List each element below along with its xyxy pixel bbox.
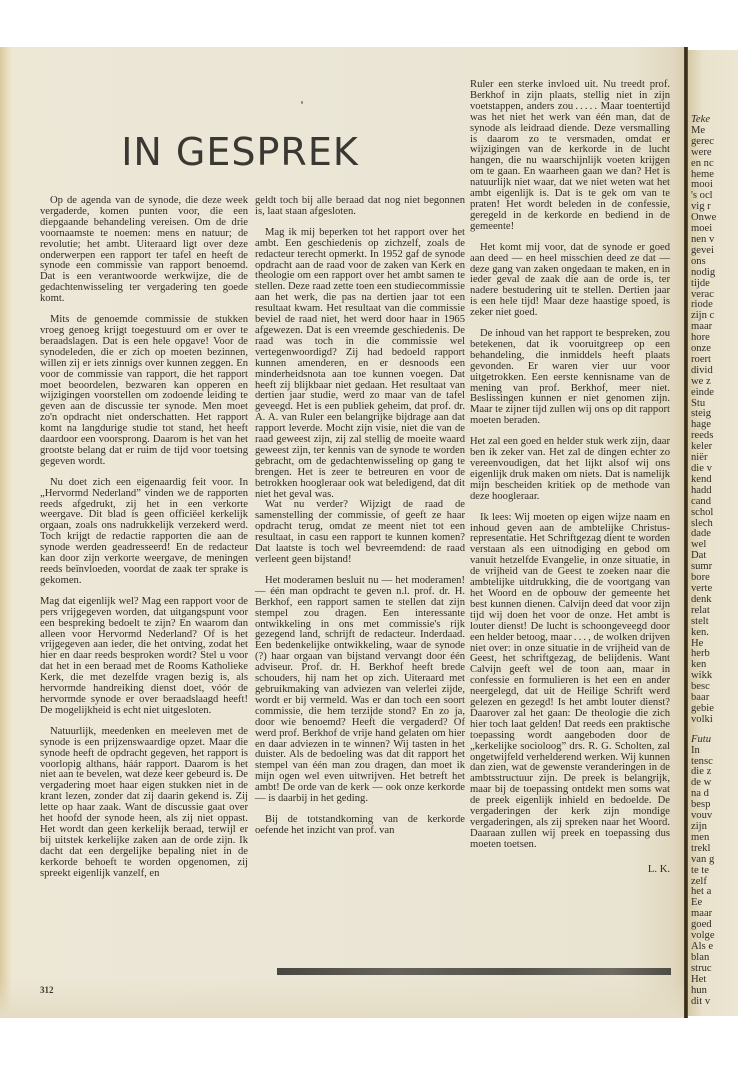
next-page-line: In — [688, 746, 738, 757]
next-page-line: dit v — [688, 997, 738, 1008]
paragraph: Nu doet zich een eigenaardig feit voor. … — [40, 478, 248, 587]
article-column-2: geldt toch bij alle beraad dat nog niet … — [255, 196, 465, 837]
paragraph: Op de agenda van de synode, die deze wee… — [40, 196, 248, 305]
author-signature: L. K. — [470, 865, 670, 876]
paragraph: Mag ik mij beperken tot het rapport over… — [255, 228, 465, 501]
next-page-line: nodig — [688, 268, 738, 279]
next-page-line: ken. — [688, 628, 738, 639]
paragraph: geldt toch bij alle beraad dat nog niet … — [255, 196, 465, 218]
next-page-line: tijde — [688, 279, 738, 290]
next-page-text-block: Megerecwereen nchememooi's oclvig rOnwem… — [688, 126, 738, 726]
next-page-line: en nc — [688, 159, 738, 170]
next-page-line: schol — [688, 508, 738, 519]
paragraph: Het zal een goed en helder stuk werk zij… — [470, 437, 670, 502]
next-page-line: van g — [688, 855, 738, 866]
next-page-line: volki — [688, 715, 738, 726]
next-page-line: einde — [688, 388, 738, 399]
paragraph: Wat nu verder? Wijzigt de raad de samens… — [255, 500, 465, 565]
paragraph: Mits de genoemde commissie de stukken vr… — [40, 315, 248, 468]
paragraph: Ik lees: Wij moeten op eigen wijze naam … — [470, 513, 670, 851]
next-page-line: hun — [688, 986, 738, 997]
paragraph: De inhoud van het rapport te bespreken, … — [470, 329, 670, 427]
page-number: 312 — [40, 985, 54, 995]
next-page-line: Het — [688, 975, 738, 986]
paragraph: Natuurlijk, meedenken en meeleven met de… — [40, 727, 248, 880]
section-divider-rule — [277, 968, 671, 975]
paragraph: Het moderamen besluit nu — het moderamen… — [255, 576, 465, 805]
next-page-line: te te — [688, 866, 738, 877]
paragraph: Bij de totstandkoming van de kerkorde oe… — [255, 815, 465, 837]
paragraph: Mag dat eigenlijk wel? Mag een rapport v… — [40, 597, 248, 717]
next-page-line: stelt — [688, 617, 738, 628]
article-column-3: Ruler een sterke invloed uit. Nu treedt … — [470, 80, 670, 876]
next-page-line: cand — [688, 497, 738, 508]
next-page-text-block: Intenscdie zde wna dbespvouvzijnmentrekl… — [688, 746, 738, 1008]
print-speck — [301, 101, 303, 104]
next-page-line: were — [688, 148, 738, 159]
article-title: IN GESPREK — [0, 130, 480, 174]
next-page-partial: Teke Megerecwereen nchememooi's oclvig r… — [688, 50, 738, 1016]
paragraph: Ruler een sterke invloed uit. Nu treedt … — [470, 80, 670, 233]
article-column-1: Op de agenda van de synode, die deze wee… — [40, 196, 248, 879]
paragraph: Het komt mij voor, dat de synode er goed… — [470, 243, 670, 319]
